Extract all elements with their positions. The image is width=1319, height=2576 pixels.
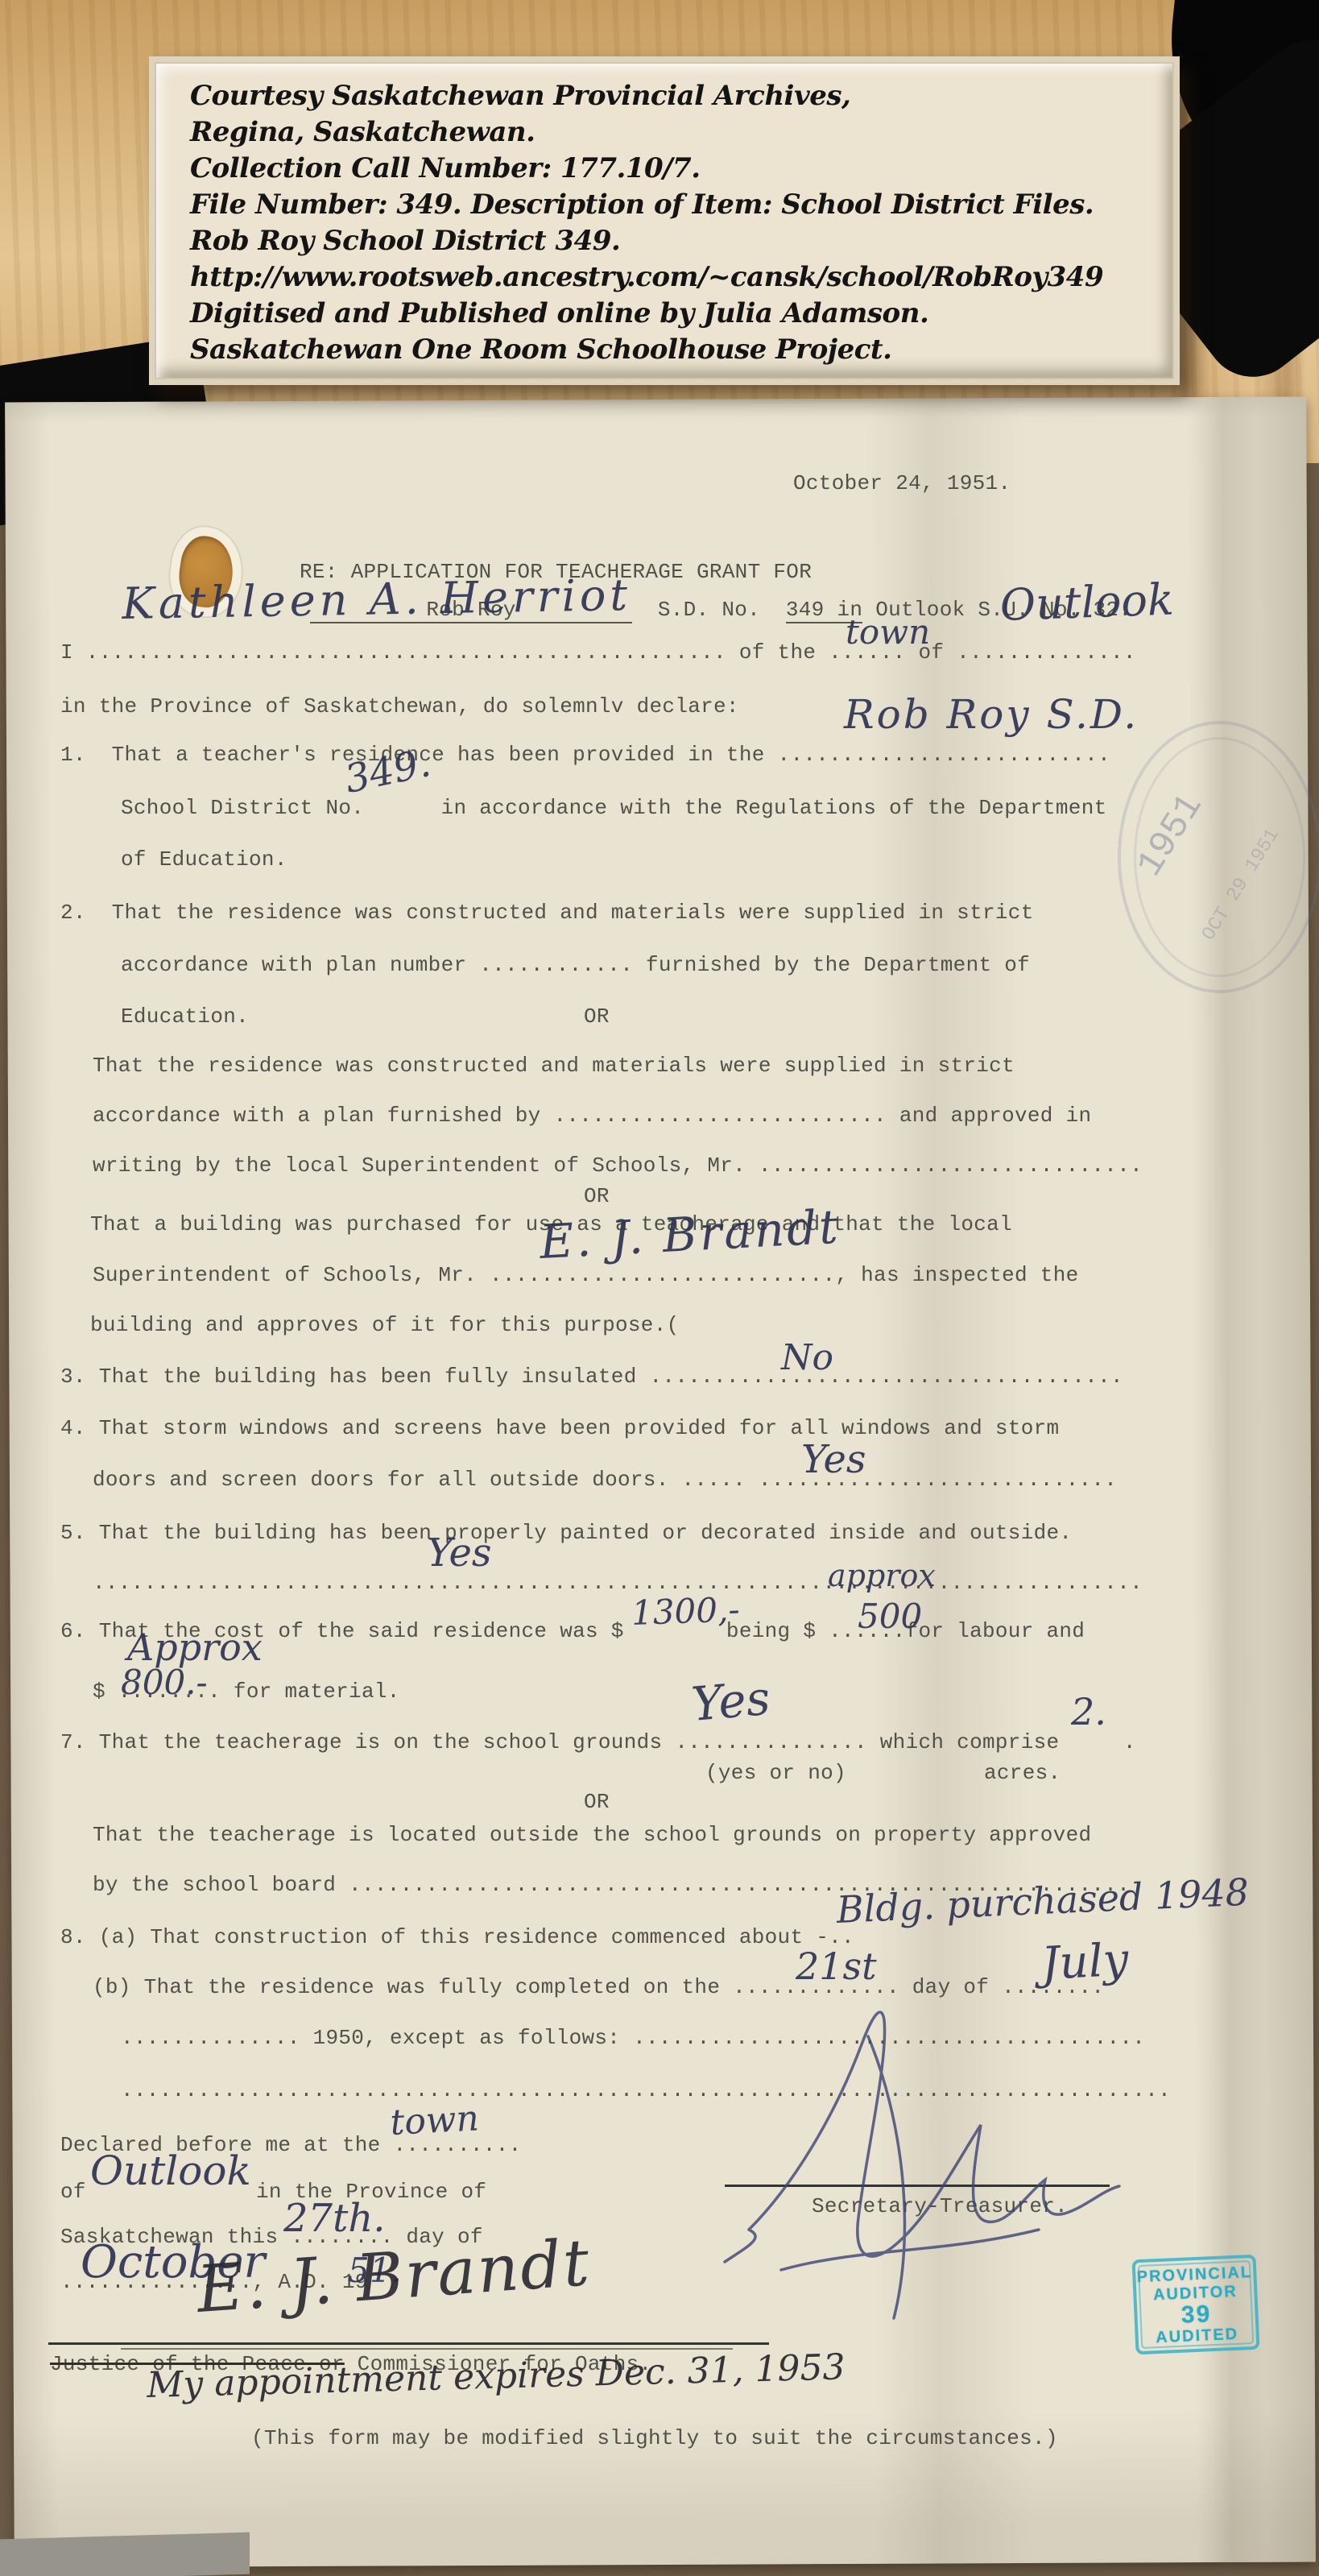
caption-line: File Number: 349. Description of Item: S…	[190, 187, 1174, 223]
typed-line-2b: accordance with plan number ............…	[121, 953, 1030, 977]
oaths-signature-line-2	[121, 2348, 733, 2350]
typed-declared-2-of: of	[60, 2180, 86, 2204]
typed-line-2d: That the residence was constructed and m…	[93, 1054, 1015, 1078]
handwritten-approx-labour: approx	[828, 1558, 936, 1593]
typed-line-7c: That the teacherage is located outside t…	[93, 1823, 1091, 1847]
sd-no-label: S.D. No.	[658, 598, 760, 622]
caption-line: Digitised and Published online by Julia …	[190, 296, 1174, 332]
caption-line: Regina, Saskatchewan.	[190, 114, 1174, 151]
typed-or-1: OR	[584, 1004, 610, 1029]
handwritten-declared-day: 27th.	[283, 2196, 386, 2241]
handwritten-answer-insulated: No	[781, 1337, 833, 1378]
secretary-treasurer-signature	[701, 1988, 1152, 2326]
caption-line: Saskatchewan One Room Schoolhouse Projec…	[190, 332, 1174, 368]
stamp-line-audited: AUDITED	[1138, 2325, 1256, 2348]
typed-line-province: in the Province of Saskatchewan, do sole…	[60, 694, 739, 719]
handwritten-declared-place-word: town	[389, 2098, 480, 2143]
typed-line-1c: of Education.	[121, 847, 287, 872]
typed-line-2c: Education.	[121, 1004, 249, 1029]
typed-line-7a: 7. That the teacherage is on the school …	[60, 1730, 1136, 1754]
handwritten-district-entry: Rob Roy S.D.	[844, 691, 1139, 738]
archive-caption-card: Courtesy Saskatchewan Provincial Archive…	[149, 56, 1180, 385]
caption-line: Collection Call Number: 177.10/7.	[190, 151, 1174, 187]
typed-or-3: OR	[584, 1790, 610, 1814]
handwritten-completed-month: July	[1040, 1933, 1130, 1990]
handwritten-cost-total: 1300,-	[631, 1589, 740, 1633]
handwritten-declarant-name: Kathleen A. Herriot	[122, 569, 632, 629]
handwritten-cost-labour: 500	[858, 1597, 922, 1636]
caption-line: Rob Roy School District 349.	[190, 223, 1174, 259]
caption-line: Courtesy Saskatchewan Provincial Archive…	[190, 78, 1174, 114]
stamp-date: OCT 29 1951	[1198, 825, 1284, 945]
archival-photo-page: Courtesy Saskatchewan Provincial Archive…	[0, 0, 1319, 2576]
handwritten-place-outlook: Outlook	[999, 574, 1175, 631]
typed-yes-or-no: (yes or no)	[705, 1761, 846, 1785]
typed-line-2f: writing by the local Superintendent of S…	[93, 1153, 1143, 1178]
typed-line-2a: 2. That the residence was constructed an…	[60, 901, 1034, 925]
typed-line-1a: 1. That a teacher's residence has been p…	[60, 743, 1110, 767]
typed-line-8a: 8. (a) That construction of this residen…	[60, 1925, 854, 1949]
handwritten-completed-day: 21st	[796, 1944, 877, 1988]
handwritten-answer-painted: Yes	[427, 1530, 492, 1576]
typed-line-5b: ........................................…	[93, 1571, 1143, 1595]
handwritten-acres-value: 2.	[1071, 1690, 1106, 1733]
typed-line-declarant: I ......................................…	[60, 640, 1136, 665]
stamp-line-auditor: AUDITOR	[1136, 2282, 1255, 2305]
provincial-auditor-stamp: PROVINCIAL AUDITOR 39 AUDITED	[1131, 2255, 1259, 2355]
handwritten-town-word: town	[846, 612, 930, 652]
typed-line-4b: doors and screen doors for all outside d…	[93, 1468, 1117, 1492]
stamp-line-provincial: PROVINCIAL	[1135, 2263, 1254, 2287]
handwritten-answer-grounds: Yes	[689, 1671, 772, 1732]
received-date-stamp: 1951 OCT 29 1951	[1118, 721, 1319, 993]
stamp-year: 1951	[1129, 786, 1212, 884]
typed-date: October 24, 1951.	[793, 471, 1011, 495]
stamp-number: 39	[1137, 2301, 1255, 2330]
handwritten-declared-town: Outlook	[90, 2147, 251, 2194]
oaths-signature-line	[48, 2342, 769, 2345]
typed-or-2: OR	[584, 1184, 610, 1208]
typed-line-3: 3. That the building has been fully insu…	[60, 1365, 1123, 1389]
typed-line-5a: 5. That the building has been properly p…	[60, 1521, 1072, 1545]
handwritten-cost-material: 800.-	[121, 1663, 208, 1702]
typed-line-2i: building and approves of it for this pur…	[90, 1313, 680, 1337]
typed-line-1b: School District No. in accordance with t…	[121, 796, 1107, 820]
typed-footnote: (This form may be modified slightly to s…	[251, 2426, 1058, 2450]
photo-corner-gap	[0, 2533, 250, 2576]
caption-line-url: http://www.rootsweb.ancestry.com/~cansk/…	[190, 259, 1174, 296]
typed-line-2e: accordance with a plan furnished by ....…	[93, 1104, 1091, 1128]
handwritten-answer-storm: Yes	[801, 1437, 866, 1482]
typed-line-4a: 4. That storm windows and screens have b…	[60, 1416, 1059, 1440]
typed-acres: acres.	[984, 1761, 1061, 1785]
